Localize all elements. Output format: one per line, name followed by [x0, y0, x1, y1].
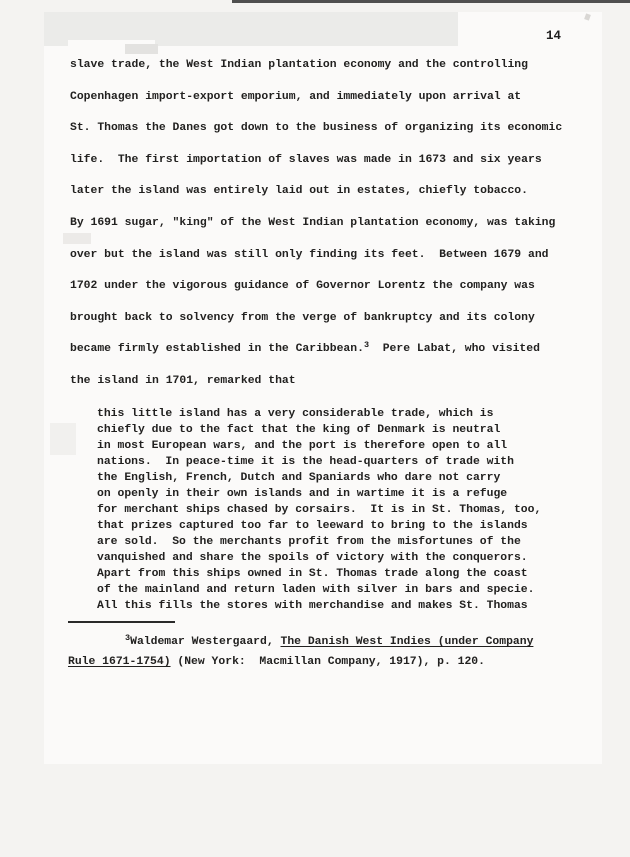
- text-segment: Rule 1671-1754): [68, 656, 171, 668]
- page-number: 14: [546, 29, 561, 43]
- text-line: the island in 1701, remarked that: [70, 366, 562, 398]
- text-segment: later the island was entirely laid out i…: [70, 185, 528, 197]
- text-line: the English, French, Dutch and Spaniards…: [97, 470, 541, 486]
- scan-canvas: 14 slave trade, the West Indian plantati…: [0, 0, 630, 857]
- text-segment: (New York: Macmillan Company, 1917), p. …: [171, 656, 485, 668]
- text-line: for merchant ships chased by corsairs. I…: [97, 502, 541, 518]
- text-line: later the island was entirely laid out i…: [70, 176, 562, 208]
- text-segment: this little island has a very considerab…: [97, 408, 493, 420]
- body-paragraph: slave trade, the West Indian plantation …: [70, 50, 562, 398]
- text-line: nations. In peace-time it is the head-qu…: [97, 454, 541, 470]
- text-line: slave trade, the West Indian plantation …: [70, 50, 562, 82]
- text-segment: Apart from this ships owned in St. Thoma…: [97, 568, 528, 580]
- scanned-page: 14 slave trade, the West Indian plantati…: [44, 12, 602, 764]
- footnote: 3Waldemar Westergaard, The Danish West I…: [68, 632, 533, 672]
- text-segment: brought back to solvency from the verge …: [70, 312, 535, 324]
- text-line: 1702 under the vigorous guidance of Gove…: [70, 271, 562, 303]
- text-line: 3Waldemar Westergaard, The Danish West I…: [68, 632, 533, 652]
- text-line: are sold. So the merchants profit from t…: [97, 534, 541, 550]
- text-segment: chiefly due to the fact that the king of…: [97, 424, 500, 436]
- text-segment: All this fills the stores with merchandi…: [97, 600, 528, 612]
- text-line: chiefly due to the fact that the king of…: [97, 422, 541, 438]
- text-segment: over but the island was still only findi…: [70, 249, 549, 261]
- text-line: By 1691 sugar, "king" of the West Indian…: [70, 208, 562, 240]
- text-segment: the English, French, Dutch and Spaniards…: [97, 472, 500, 484]
- text-line: over but the island was still only findi…: [70, 240, 562, 272]
- text-segment: St. Thomas the Danes got down to the bus…: [70, 122, 562, 134]
- text-segment: for merchant ships chased by corsairs. I…: [97, 504, 541, 516]
- text-line: St. Thomas the Danes got down to the bus…: [70, 113, 562, 145]
- text-line: Copenhagen import-export emporium, and i…: [70, 82, 562, 114]
- text-segment: of the mainland and return laden with si…: [97, 584, 534, 596]
- text-segment: nations. In peace-time it is the head-qu…: [97, 456, 514, 468]
- text-segment: slave trade, the West Indian plantation …: [70, 59, 528, 71]
- text-segment: the island in 1701, remarked that: [70, 375, 296, 387]
- text-line: life. The first importation of slaves wa…: [70, 145, 562, 177]
- text-line: this little island has a very considerab…: [97, 406, 541, 422]
- text-segment: By 1691 sugar, "king" of the West Indian…: [70, 217, 555, 229]
- text-line: on openly in their own islands and in wa…: [97, 486, 541, 502]
- text-segment: Waldemar Westergaard,: [130, 636, 280, 648]
- footnote-separator: [68, 621, 175, 623]
- text-segment: that prizes captured too far to leeward …: [97, 520, 528, 532]
- text-segment: in most European wars, and the port is t…: [97, 440, 507, 452]
- scan-artifact-margin-smudge: [50, 423, 76, 455]
- text-line: of the mainland and return laden with si…: [97, 582, 541, 598]
- text-segment: life. The first importation of slaves wa…: [70, 154, 542, 166]
- text-segment: on openly in their own islands and in wa…: [97, 488, 507, 500]
- text-line: All this fills the stores with merchandi…: [97, 598, 541, 614]
- text-segment: The Danish West Indies (under Company: [281, 636, 534, 648]
- text-segment: became firmly established in the Caribbe…: [70, 343, 364, 355]
- text-line: vanquished and share the spoils of victo…: [97, 550, 541, 566]
- scan-artifact-corner-mark: [584, 13, 591, 20]
- text-segment: vanquished and share the spoils of victo…: [97, 552, 528, 564]
- text-line: brought back to solvency from the verge …: [70, 303, 562, 335]
- scan-artifact-top-strip: [232, 0, 630, 3]
- text-line: Apart from this ships owned in St. Thoma…: [97, 566, 541, 582]
- text-segment: Pere Labat, who visited: [369, 343, 540, 355]
- text-line: in most European wars, and the port is t…: [97, 438, 541, 454]
- block-quote: this little island has a very considerab…: [97, 406, 541, 614]
- text-line: Rule 1671-1754) (New York: Macmillan Com…: [68, 652, 533, 672]
- text-line: that prizes captured too far to leeward …: [97, 518, 541, 534]
- text-segment: Copenhagen import-export emporium, and i…: [70, 91, 521, 103]
- text-segment: 1702 under the vigorous guidance of Gove…: [70, 280, 535, 292]
- text-segment: are sold. So the merchants profit from t…: [97, 536, 521, 548]
- text-line: became firmly established in the Caribbe…: [70, 334, 562, 366]
